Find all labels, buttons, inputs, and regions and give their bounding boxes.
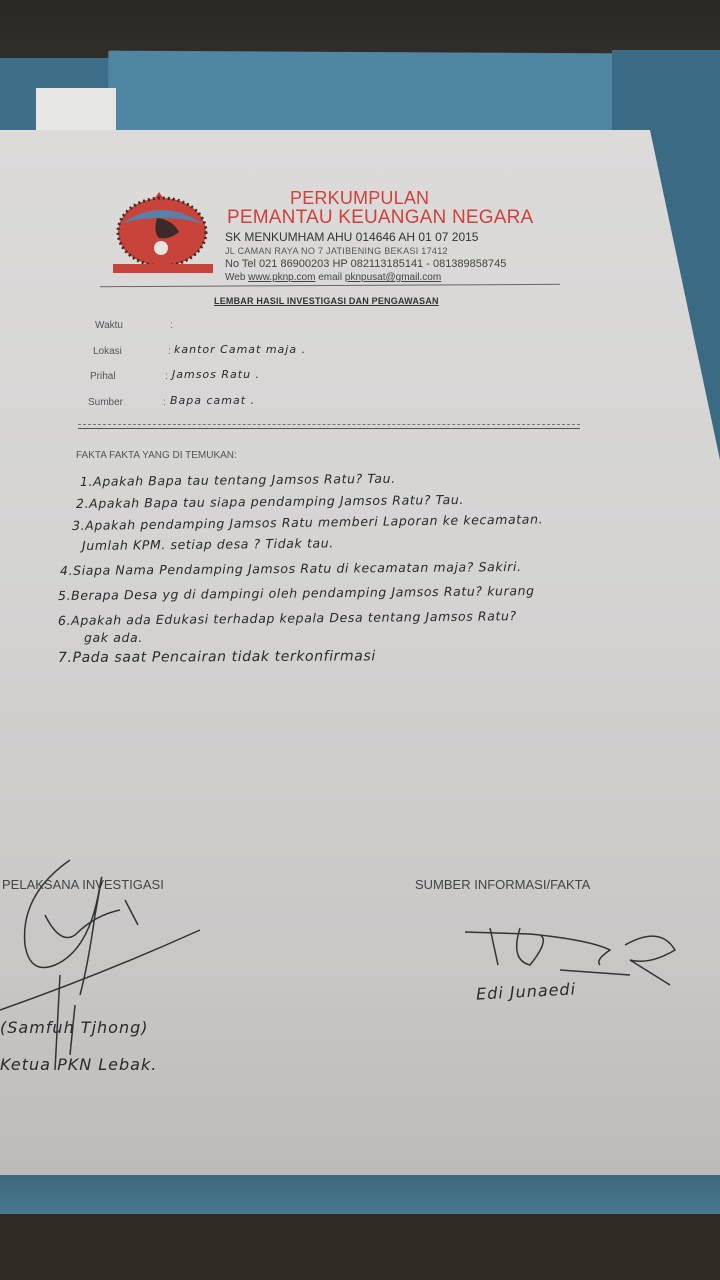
org-name-line2: PEMANTAU KEUANGAN NEGARA — [227, 207, 533, 229]
field-colon: : — [170, 320, 173, 331]
fact-item: 7.Pada saat Pencairan tidak terkonfirmas… — [58, 648, 376, 666]
fact-item: Jumlah KPM. setiap desa ? Tidak tau. — [82, 535, 334, 553]
org-phone: No Tel 021 86900203 HP 082113185141 - 08… — [225, 258, 506, 270]
field-value-lokasi: kantor Camat maja . — [174, 343, 306, 356]
blue-folder-bottom — [0, 1170, 720, 1220]
organization-emblem-icon — [107, 188, 217, 278]
web-label: Web — [225, 272, 245, 283]
field-colon: : — [165, 371, 168, 382]
sheet-title: LEMBAR HASIL INVESTIGASI DAN PENGAWASAN — [214, 296, 439, 306]
field-label-waktu: Waktu — [95, 320, 123, 331]
section-divider-dashed — [78, 424, 580, 425]
web-link[interactable]: www.pknp.com — [248, 272, 315, 283]
field-colon: : — [168, 346, 171, 357]
org-address: JL CAMAN RAYA NO 7 JATIBENING BEKASI 174… — [225, 246, 448, 256]
field-colon: : — [163, 397, 166, 408]
investigator-title: Ketua PKN Lebak. — [0, 1055, 157, 1074]
facts-heading: FAKTA FAKTA YANG DI TEMUKAN: — [76, 450, 237, 461]
source-label: SUMBER INFORMASI/FAKTA — [415, 877, 590, 892]
fact-item: gak ada. — [84, 630, 143, 645]
org-web-email: Web www.pknp.com email pknpusat@gmail.co… — [225, 272, 441, 283]
email-link[interactable]: pknpusat@gmail.com — [345, 272, 441, 283]
desk-background-bottom — [0, 1214, 720, 1280]
section-divider-solid — [78, 428, 580, 429]
field-value-sumber: Bapa camat . — [170, 394, 255, 407]
investigator-signature — [0, 855, 210, 1075]
org-name-line1: PERKUMPULAN — [290, 188, 429, 209]
registration-number: SK MENKUMHAM AHU 014646 AH 01 07 2015 — [225, 230, 478, 244]
field-label-sumber: Sumber — [88, 397, 123, 408]
email-label: email — [318, 272, 342, 283]
field-value-prihal: Jamsos Ratu . — [172, 368, 260, 381]
field-label-prihal: Prihal — [90, 371, 116, 382]
investigator-name: (Samfuh Tjhong) — [0, 1018, 148, 1037]
field-label-lokasi: Lokasi — [93, 346, 122, 357]
